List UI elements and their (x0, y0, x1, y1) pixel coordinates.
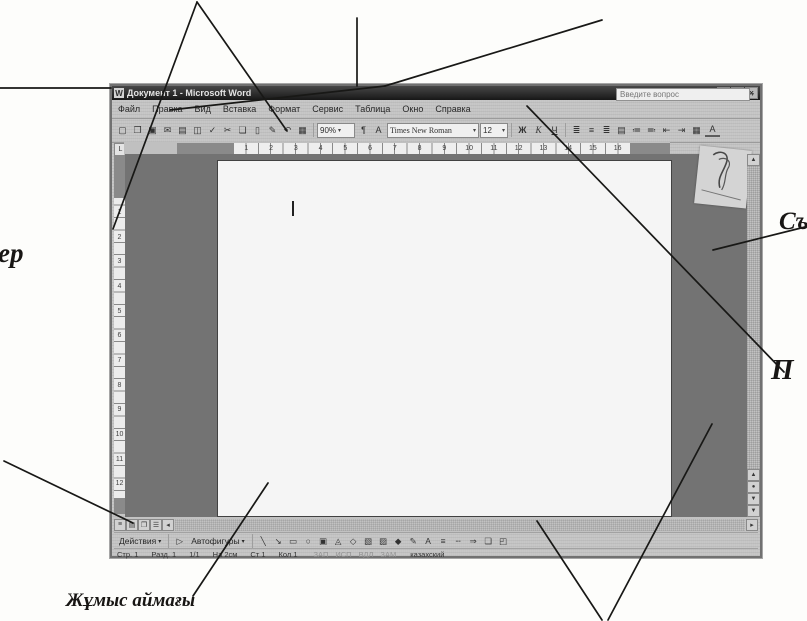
web-view-icon[interactable]: ▤ (126, 519, 138, 531)
textbox-icon[interactable]: ▣ (317, 535, 330, 548)
ruler-number: 8 (407, 143, 432, 154)
bold-button[interactable]: Ж (515, 123, 530, 138)
picture-icon[interactable]: ▨ (377, 535, 390, 548)
label-right-mid-partial: П (771, 354, 794, 387)
menu-item[interactable]: Файл (112, 104, 146, 114)
ruler-number: 14 (556, 143, 581, 154)
decrease-indent-icon[interactable]: ⇤ (659, 123, 674, 138)
line-icon[interactable]: ╲ (257, 535, 270, 548)
cut-icon[interactable]: ✂ (220, 123, 235, 138)
status-item: Кол 1 (279, 550, 298, 559)
ruler-number: 4 (114, 274, 125, 299)
toolbar-separator (252, 534, 253, 548)
drawing-toolbar: Действия ▾ ▷ Автофигуры ▾ ╲ ↘ (114, 532, 758, 549)
word-window: W Документ 1 - Microsoft Word – ❐ ✕ Файл… (110, 84, 762, 558)
outline-view-icon[interactable]: ☰ (150, 519, 162, 531)
undo-icon[interactable]: ↶ (280, 123, 295, 138)
ask-question-box[interactable]: ▾ (616, 88, 754, 101)
ruler-number: 11 (114, 447, 125, 472)
label-work-area: Жұмыс аймағы (66, 590, 195, 612)
ruler-number: 7 (114, 348, 125, 373)
toolbar-separator (168, 534, 169, 548)
save-icon[interactable]: ▣ (145, 123, 160, 138)
arrow-style-icon[interactable]: ⇒ (467, 535, 480, 548)
actions-menu-button[interactable]: Действия ▾ (116, 536, 164, 546)
ruler-number: 3 (114, 249, 125, 274)
scanned-figure: W Документ 1 - Microsoft Word – ❐ ✕ Файл… (0, 0, 807, 621)
ruler-number: 8 (114, 373, 125, 398)
toolbar-separator (511, 123, 512, 137)
ruler-number: 15 (581, 143, 606, 154)
mail-icon[interactable]: ✉ (160, 123, 175, 138)
menu-item[interactable]: Правка (146, 104, 188, 114)
normal-view-icon[interactable]: ≡ (114, 519, 126, 531)
menu-bar: Файл Правка Вид Вставка Формат Сервис Та… (112, 100, 760, 119)
standard-formatting-toolbar: ▢ ❐ ▣ ✉ ▤ ◫ ✓ ✂ (112, 118, 760, 143)
ruler-number: 9 (114, 398, 125, 423)
ruler-number: 4 (308, 143, 333, 154)
numbered-list-icon[interactable]: ≔ (629, 123, 644, 138)
zoom-value: 90% (320, 126, 336, 135)
label-cursor-partial: ер (0, 238, 23, 269)
ruler-number: 16 (605, 143, 630, 154)
browse-select-icon[interactable]: ● (747, 481, 760, 493)
horizontal-scrollbar-row: ≡ ▤ ❐ ☰ ◂ ▸ (114, 517, 758, 532)
align-right-icon[interactable]: ≣ (599, 123, 614, 138)
horizontal-scrollbar[interactable] (175, 519, 745, 531)
vertical-ruler[interactable]: 1 2 3 4 5 6 7 8 (114, 156, 125, 514)
diagram-icon[interactable]: ◇ (347, 535, 360, 548)
status-bar: Стр. 1 Разд. 1 1/1 На 2см Ст 1 Кол 1 (114, 548, 758, 560)
ruler-number: 6 (114, 323, 125, 348)
ruler-number: 11 (482, 143, 507, 154)
arrow-icon[interactable]: ↘ (272, 535, 285, 548)
label-right-top-partial: Съ (779, 208, 807, 236)
ruler-number: 12 (114, 472, 125, 497)
oval-icon[interactable]: ○ (302, 535, 315, 548)
status-item: Разд. 1 (151, 550, 176, 559)
ruler-number: 2 (114, 225, 125, 250)
toolbar-separator (313, 123, 314, 137)
menu-item[interactable]: Сервис (306, 104, 349, 114)
menu-item[interactable]: Таблица (349, 104, 396, 114)
document-background (125, 154, 751, 517)
autoshapes-menu-button[interactable]: Автофигуры ▾ (188, 536, 247, 546)
ask-question-input[interactable] (616, 88, 750, 101)
scroll-down-icon[interactable]: ▼ (747, 505, 760, 517)
status-item: Ст 1 (250, 550, 265, 559)
paste-icon[interactable]: ▯ (250, 123, 265, 138)
page-view-icon[interactable]: ❐ (138, 519, 150, 531)
clipart-icon[interactable]: ▧ (362, 535, 375, 548)
toolbar-separator (565, 123, 566, 137)
status-item: 1/1 (189, 550, 199, 559)
dash-style-icon[interactable]: ╌ (452, 535, 465, 548)
text-cursor (292, 201, 294, 216)
ruler-number: 6 (358, 143, 383, 154)
line-color-icon[interactable]: ✎ (407, 535, 420, 548)
spelling-icon[interactable]: ✓ (205, 123, 220, 138)
document-page[interactable] (217, 160, 672, 517)
autoshapes-label: Автофигуры (191, 536, 239, 546)
print-preview-icon[interactable]: ◫ (190, 123, 205, 138)
app-icon: W (114, 88, 124, 98)
align-center-icon[interactable]: ≡ (584, 123, 599, 138)
menu-item[interactable]: Вставка (217, 104, 262, 114)
font-name-value: Times New Roman (390, 126, 471, 135)
justify-icon[interactable]: ▤ (614, 123, 629, 138)
scroll-right-icon[interactable]: ▸ (746, 519, 758, 531)
chevron-down-icon[interactable]: ▾ (751, 91, 754, 98)
note-picture (694, 145, 752, 208)
print-icon[interactable]: ▤ (175, 123, 190, 138)
chevron-down-icon: ▾ (242, 538, 245, 545)
tables-icon[interactable]: ▦ (295, 123, 310, 138)
vertical-scrollbar[interactable]: ▲ ▲ ● ▼ ▼ (747, 154, 760, 517)
ruler-number: 5 (114, 299, 125, 324)
ruler-number: 1 (114, 200, 125, 225)
new-document-icon[interactable]: ▢ (115, 123, 130, 138)
ruler-number: 13 (531, 143, 556, 154)
shadow-icon[interactable]: ❏ (482, 535, 495, 548)
ruler-number: 5 (333, 143, 358, 154)
menu-item[interactable]: Окно (396, 104, 429, 114)
ruler-number: 1 (234, 143, 259, 154)
ruler-number: 10 (114, 422, 125, 447)
ruler-number: 10 (457, 143, 482, 154)
select-objects-icon[interactable]: ▷ (173, 535, 186, 548)
status-language[interactable]: казахский (410, 550, 444, 559)
show-marks-icon[interactable]: ¶ (356, 123, 371, 138)
chevron-down-icon[interactable]: ▾ (338, 127, 341, 134)
ruler-number: 12 (506, 143, 531, 154)
underline-button[interactable]: Ч (547, 123, 562, 138)
status-item: Стр. 1 (117, 550, 138, 559)
status-item: На 2см (213, 550, 238, 559)
font-name-combo[interactable]: Times New Roman ▾ (387, 123, 479, 138)
styles-icon[interactable]: А (371, 123, 386, 138)
ruler-right-cap (630, 143, 670, 154)
menu-item[interactable]: Вид (189, 104, 217, 114)
line-style-icon[interactable]: ≡ (437, 535, 450, 548)
wordart-icon[interactable]: ◬ (332, 535, 345, 548)
menu-item[interactable]: Справка (429, 104, 476, 114)
italic-button[interactable]: К (531, 123, 546, 138)
scroll-left-icon[interactable]: ◂ (162, 519, 174, 531)
menu-item[interactable]: Формат (262, 104, 306, 114)
actions-label: Действия (119, 536, 156, 546)
chevron-down-icon: ▾ (158, 538, 161, 545)
status-toggle[interactable]: ЗАМ (380, 550, 396, 559)
chevron-down-icon[interactable]: ▾ (502, 127, 505, 134)
increase-indent-icon[interactable]: ⇥ (674, 123, 689, 138)
bullet-list-icon[interactable]: ≕ (644, 123, 659, 138)
ruler-number: 9 (432, 143, 457, 154)
ruler-number: 7 (383, 143, 408, 154)
scroll-up-icon[interactable]: ▲ (747, 154, 760, 166)
open-icon[interactable]: ❐ (130, 123, 145, 138)
threed-icon[interactable]: ◰ (497, 535, 510, 548)
font-color-icon[interactable]: А (422, 535, 435, 548)
chevron-down-icon[interactable]: ▾ (473, 127, 476, 134)
ruler-margin-block (177, 143, 234, 154)
borders-icon[interactable]: ▦ (689, 123, 704, 138)
font-size-value: 12 (483, 126, 500, 135)
status-toggle[interactable]: ИСП (335, 550, 351, 559)
font-size-combo[interactable]: 12 ▾ (480, 123, 508, 138)
ruler-number: 2 (259, 143, 284, 154)
copy-icon[interactable]: ❏ (235, 123, 250, 138)
browse-previous-icon[interactable]: ▲ (747, 469, 760, 481)
status-toggle[interactable]: ВДЛ (359, 550, 374, 559)
fill-color-icon[interactable]: ◆ (392, 535, 405, 548)
ruler-number: 3 (284, 143, 309, 154)
status-toggle[interactable]: ЗАП (314, 550, 329, 559)
font-color-icon[interactable]: А (705, 124, 720, 137)
rectangle-icon[interactable]: ▭ (287, 535, 300, 548)
align-left-icon[interactable]: ≣ (569, 123, 584, 138)
zoom-combo[interactable]: 90% ▾ (317, 123, 355, 138)
format-painter-icon[interactable]: ✎ (265, 123, 280, 138)
browse-next-icon[interactable]: ▼ (747, 493, 760, 505)
